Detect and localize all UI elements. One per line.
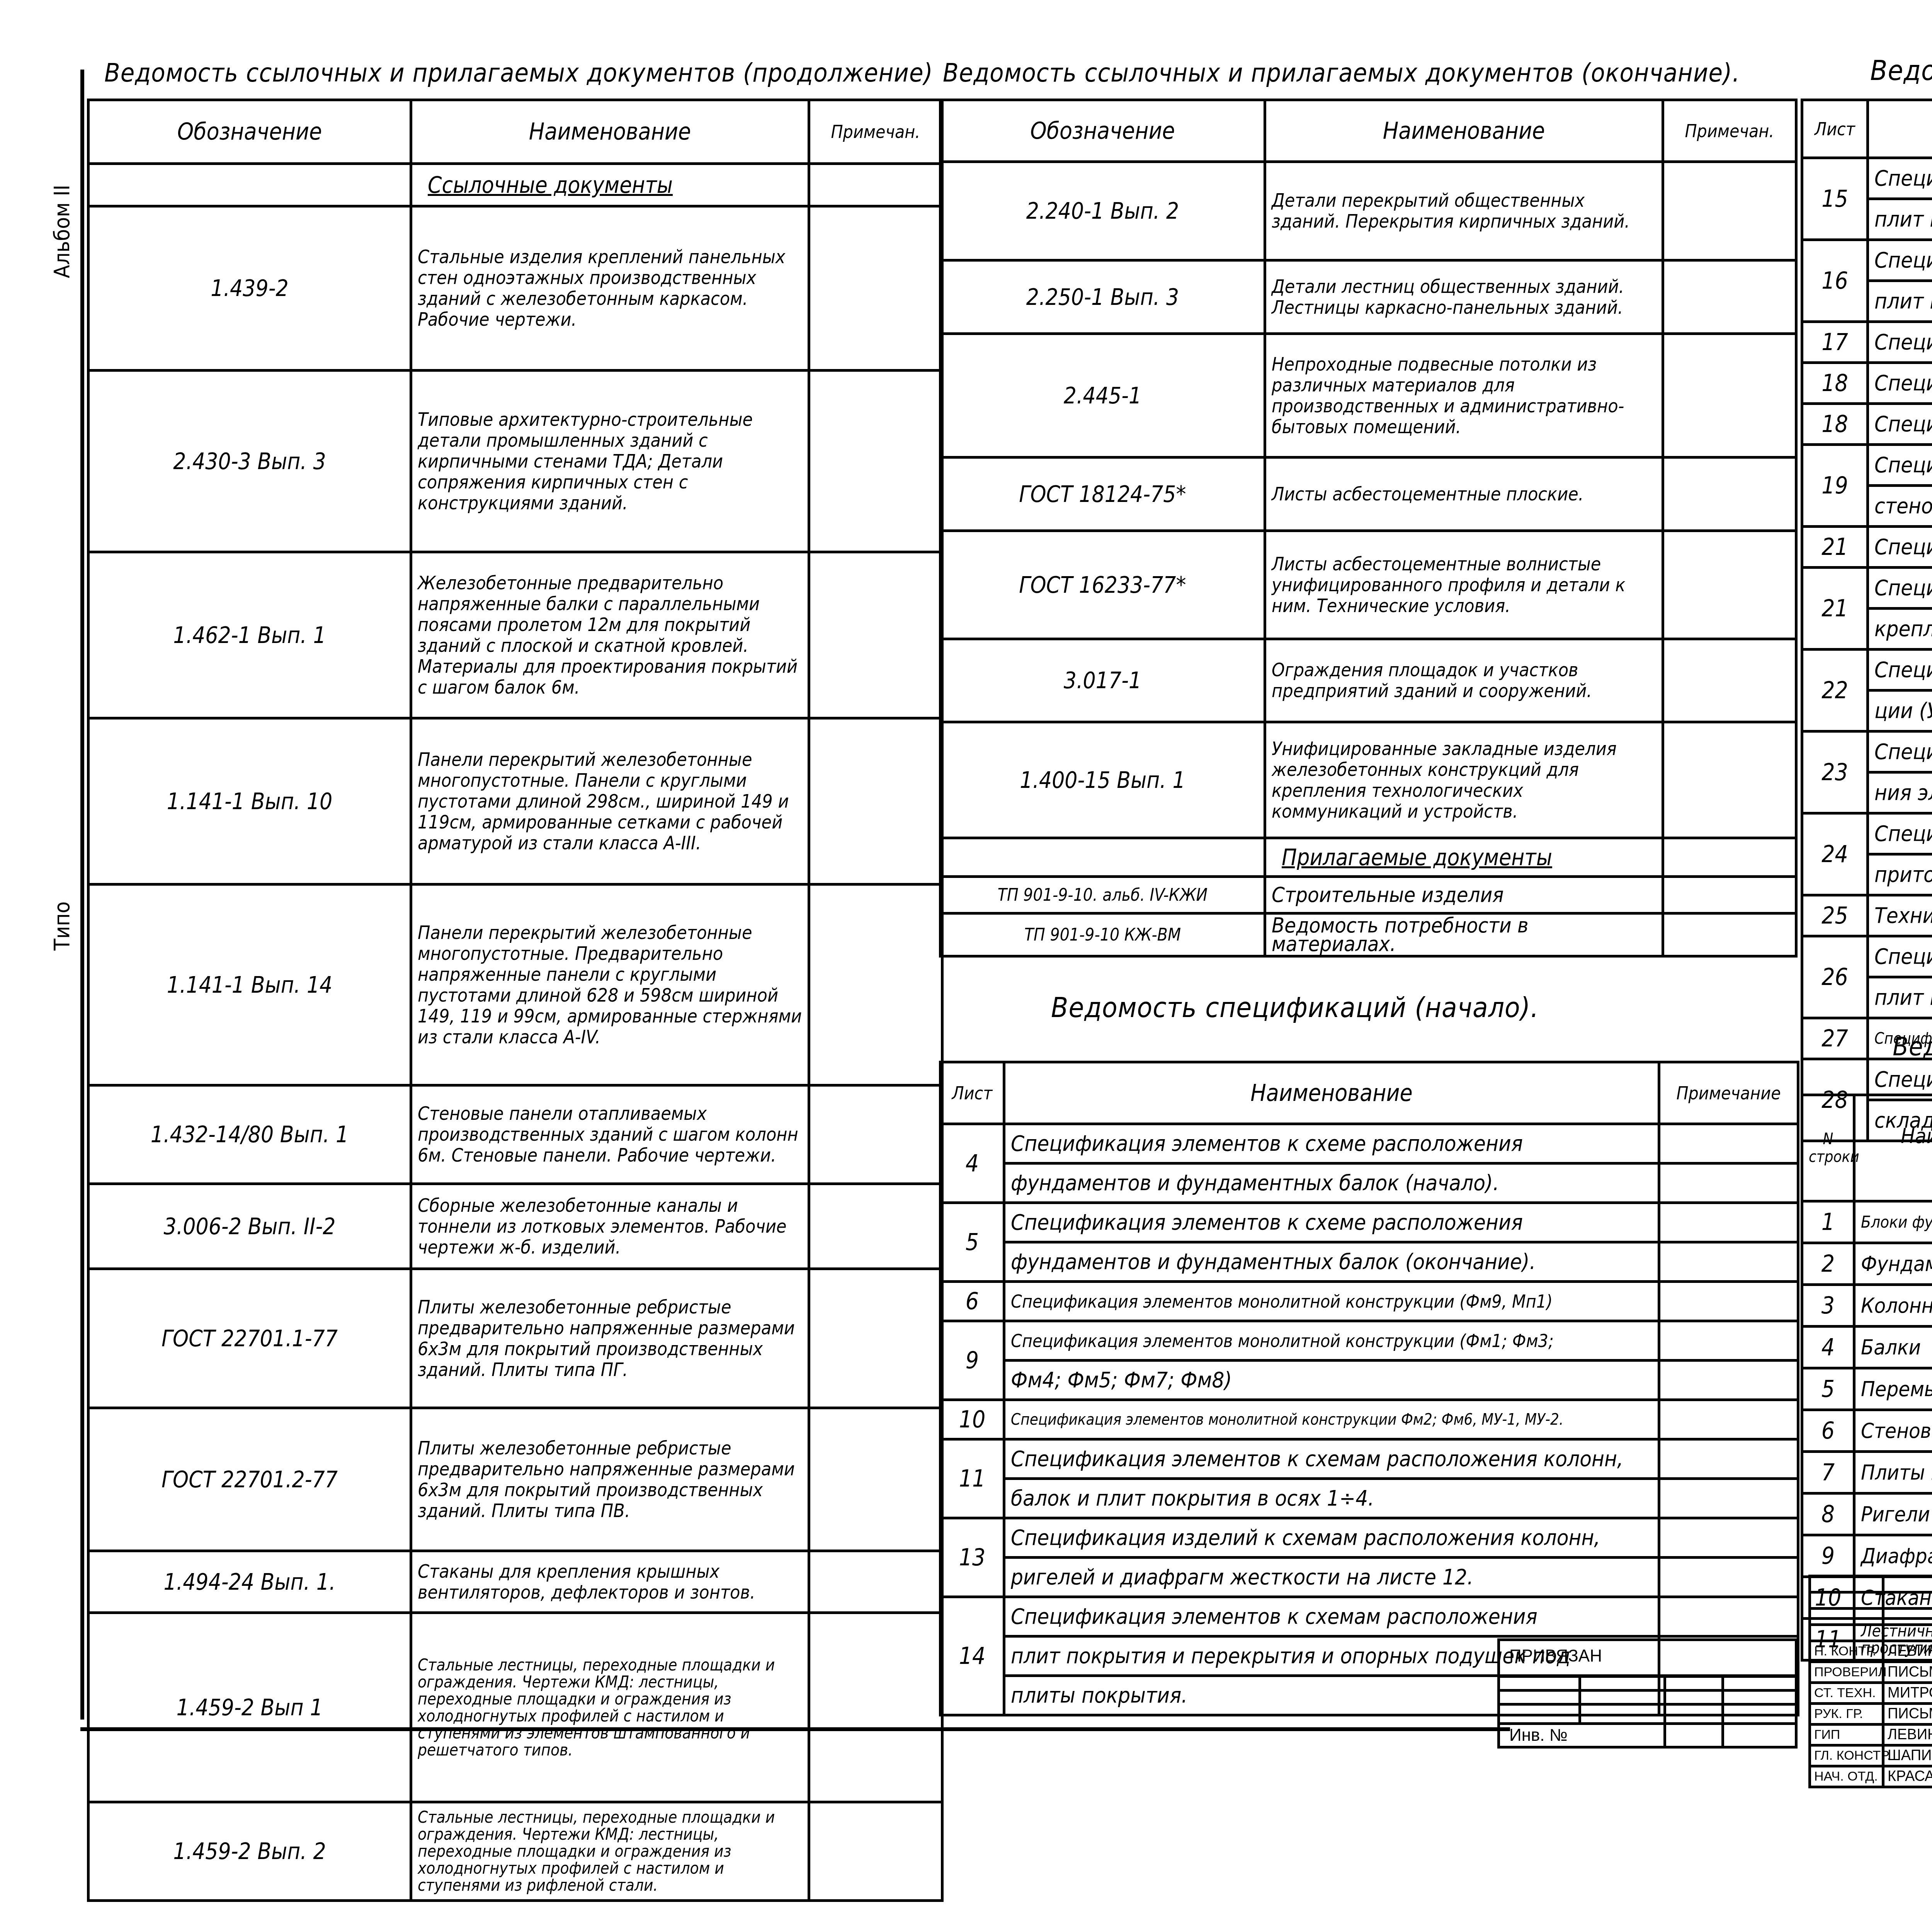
- sheet-cell: 5: [940, 1203, 1004, 1282]
- note-cell: [1663, 722, 1796, 838]
- signature-name: Красавин: [1883, 1766, 1932, 1787]
- table-row-continuation: фундаментов и фундаментных балок (оконча…: [940, 1242, 1798, 1282]
- sheet-cell: 18: [1802, 363, 1868, 404]
- group-name-cell: Диафрагмы жесткости: [1854, 1535, 1932, 1577]
- row-number-cell: 9: [1802, 1535, 1854, 1577]
- signature-role: Ст. техн.: [1810, 1683, 1883, 1704]
- sheet-cell: 16: [1802, 240, 1868, 322]
- name-cell: Железобетонные предварительно напряженны…: [411, 552, 809, 718]
- table-row: 15Спецификация изделий к схемам располож…: [1802, 158, 1932, 199]
- name-line: Фм4; Фм5; Фм7; Фм8): [1004, 1361, 1659, 1400]
- name-cell: Плиты железобетонные ребристые предварит…: [411, 1408, 809, 1551]
- signature-row: Ст. техн.Митрофанова~: [1810, 1683, 1932, 1704]
- designation-cell: [940, 838, 1265, 877]
- designation-cell: 3.006-2 Вып. II-2: [88, 1184, 411, 1269]
- volumes-title: Ведомость объемов сборных бетонных и жел…: [1843, 1034, 1932, 1086]
- table-row: 1.459-2 Вып 1Стальные лестницы, переходн…: [88, 1613, 942, 1802]
- name-line: Спецификация элементов к схемам располож…: [1004, 1439, 1659, 1479]
- group-name-cell: Балки: [1854, 1327, 1932, 1368]
- designation-cell: 1.400-15 Вып. 1: [940, 722, 1265, 838]
- name-cell: Стаканы для крепления крышных вентилятор…: [411, 1551, 809, 1613]
- name-line: Спецификация элементов к схемам располож…: [1004, 1597, 1659, 1636]
- note-cell: [1663, 458, 1796, 531]
- table-row: 10Спецификация элементов монолитной конс…: [940, 1400, 1798, 1439]
- table-row: 21Спецификация стальных элементов для: [1802, 568, 1932, 609]
- col-designation: Обозначение: [940, 100, 1265, 162]
- note-cell: [809, 1085, 942, 1184]
- group-name-cell: Перемычки: [1854, 1368, 1932, 1410]
- table-row: 1.432-14/80 Вып. 1Стеновые панели отапли…: [88, 1085, 942, 1184]
- designation-cell: ТП 901-9-10 КЖ-ВМ: [940, 913, 1265, 956]
- name-line: Спецификация изделий к схемам расположен…: [1004, 1518, 1659, 1558]
- row-number-cell: 1: [1802, 1201, 1854, 1243]
- name-cell: Плиты железобетонные ребристые предварит…: [411, 1269, 809, 1408]
- sheet-cell: 18: [1802, 404, 1868, 445]
- designation-cell: 1.459-2 Вып 1: [88, 1613, 411, 1802]
- table-row: 18Спецификация монтажных узлов.: [1802, 363, 1932, 404]
- table-row: 23Спецификация элементов к схемам распол…: [1802, 731, 1932, 772]
- table-row: 2.240-1 Вып. 2Детали перекрытий обществе…: [940, 162, 1796, 260]
- col-row-number: N строки: [1802, 1095, 1854, 1201]
- name-line: Спецификация элементов к схемам располож…: [1868, 731, 1932, 772]
- note-cell: [1659, 1242, 1798, 1282]
- sheet-cell: 25: [1802, 895, 1868, 936]
- note-cell: [809, 885, 942, 1085]
- col-designation: Обозначение: [88, 100, 411, 164]
- signature-role: Рук. гр.: [1810, 1704, 1883, 1725]
- table-row: 4Спецификация элементов к схеме располож…: [940, 1124, 1798, 1163]
- table-row: ГОСТ 18124-75*Листы асбестоцементные пло…: [940, 458, 1796, 531]
- name-cell: Листы асбестоцементные волнистые унифици…: [1265, 531, 1663, 639]
- table-row: 4Балки582200000016.94: [1802, 1327, 1932, 1368]
- col-name: Наименование: [411, 100, 809, 164]
- sheet-cell: 21: [1802, 568, 1868, 650]
- signature-row: Н. контр.Левина~: [1810, 1641, 1932, 1662]
- table-row: 1.439-2Стальные изделия креплений панель…: [88, 206, 942, 371]
- table-row: 6Спецификация элементов монолитной конст…: [940, 1282, 1798, 1321]
- name-line: Спецификация элементов к схеме расположе…: [1004, 1203, 1659, 1242]
- signature-role: Нач. отд.: [1810, 1766, 1883, 1787]
- signature-name: Шапиро: [1883, 1745, 1932, 1766]
- table-row: 7Плиты покрытия и перекрытия584100000058…: [1802, 1452, 1932, 1493]
- name-line: Спецификация к схемам расположения: [1868, 936, 1932, 977]
- note-cell: [1659, 1282, 1798, 1321]
- designation-cell: ГОСТ 16233-77*: [940, 531, 1265, 639]
- name-cell: Сборные железобетонные каналы и тоннели …: [411, 1184, 809, 1269]
- name-line: приточной вентками­ры.: [1868, 854, 1932, 895]
- col-group-name: Наименование группы. элементов конструкц…: [1854, 1095, 1932, 1201]
- note-cell: [1659, 1400, 1798, 1439]
- group-name-cell: Колонны: [1854, 1285, 1932, 1327]
- col-name: Наименование: [1868, 100, 1932, 158]
- name-line: Техническая спецификация стали: [1868, 895, 1932, 936]
- table-row: 19Спецификация к схемам расположения: [1802, 445, 1932, 486]
- name-line: Спецификация элементов к схеме расположе…: [1004, 1124, 1659, 1163]
- designation-cell: ГОСТ 18124-75*: [940, 458, 1265, 531]
- sheet-cell: 17: [1802, 322, 1868, 363]
- note-cell: [809, 1551, 942, 1613]
- name-line: Спецификация изделий к схемам расположен…: [1868, 158, 1932, 199]
- table-row: 5Спецификация элементов к схеме располож…: [940, 1203, 1798, 1242]
- designation-cell: ГОСТ 22701.2-77: [88, 1408, 411, 1551]
- spec-start-table: Лист Наименование Примечание 4Спецификац…: [939, 1061, 1799, 1716]
- table-row: 9Спецификация элементов монолитной конст…: [940, 1321, 1798, 1361]
- signature-name: Митрофанова: [1883, 1683, 1932, 1704]
- group-name-cell: Фундаменты: [1854, 1243, 1932, 1285]
- col-sheet: Лист: [1802, 100, 1868, 158]
- table-row: 8Ригели582500000045.11: [1802, 1493, 1932, 1535]
- signature-name: Левина: [1883, 1641, 1932, 1662]
- sheet-cell: 22: [1802, 650, 1868, 731]
- name-cell: Детали лестниц общественных зданий. Лест…: [1265, 260, 1663, 334]
- table-row: ГОСТ 22701.2-77Плиты железобетонные ребр…: [88, 1408, 942, 1551]
- name-cell: Панели перекрытий железобетонные многопу…: [411, 718, 809, 885]
- note-cell: [1659, 1321, 1798, 1361]
- table-row-continuation: фундаментов и фундаментных балок (начало…: [940, 1163, 1798, 1203]
- table-row: 14Спецификация элементов к схемам распол…: [940, 1597, 1798, 1636]
- table-row: ГОСТ 22701.1-77Плиты железобетонные ребр…: [88, 1269, 942, 1408]
- designation-cell: 1.494-24 Вып. 1.: [88, 1551, 411, 1613]
- designation-cell: 1.462-1 Вып. 1: [88, 552, 411, 718]
- row-number-cell: 3: [1802, 1285, 1854, 1327]
- name-cell: Стеновые панели отапливаемых производств…: [411, 1085, 809, 1184]
- designation-cell: ГОСТ 22701.1-77: [88, 1269, 411, 1408]
- type-label: Типо: [49, 902, 75, 951]
- designation-cell: ТП 901-9-10. альб. IV-КЖИ: [940, 877, 1265, 913]
- designation-cell: 1.141-1 Вып. 10: [88, 718, 411, 885]
- table-row: 2.430-3 Вып. 3Типовые архитектурно-строи…: [88, 371, 942, 552]
- sheet-cell: 4: [940, 1124, 1004, 1203]
- note-cell: [1659, 1203, 1798, 1242]
- signature-name: Левина.: [1883, 1725, 1932, 1745]
- name-cell: Ограждения площадок и участков предприят…: [1265, 639, 1663, 722]
- name-cell: Ведомость потребности в материалах.: [1265, 913, 1663, 956]
- sheet-cell: 13: [940, 1518, 1004, 1597]
- note-cell: [809, 1802, 942, 1901]
- table-row: ГОСТ 16233-77*Листы асбестоцементные вол…: [940, 531, 1796, 639]
- name-line: плит потолка.: [1868, 977, 1932, 1018]
- row-number-cell: 8: [1802, 1493, 1854, 1535]
- sheet-cell: 6: [940, 1282, 1004, 1321]
- table-row: 3.006-2 Вып. II-2Сборные железобетонные …: [88, 1184, 942, 1269]
- table-row: 18Спецификация монтажных деталей.: [1802, 404, 1932, 445]
- note-cell: [1663, 838, 1796, 877]
- sheet-cell: 15: [1802, 158, 1868, 240]
- row-number-cell: 7: [1802, 1452, 1854, 1493]
- table-row: 9Диафрагмы жесткости582700000032.04: [1802, 1535, 1932, 1577]
- note-cell: [1659, 1558, 1798, 1597]
- table-row: 1.141-1 Вып. 14Панели перекрытий железоб…: [88, 885, 942, 1085]
- table-row: 1.462-1 Вып. 1Железобетонные предварител…: [88, 552, 942, 718]
- signature-row: Рук. гр.Письман~: [1810, 1704, 1932, 1725]
- designation-cell: 2.430-3 Вып. 3: [88, 371, 411, 552]
- signature-role: Н. контр.: [1810, 1641, 1883, 1662]
- note-cell: [809, 1269, 942, 1408]
- col-name: Наименование: [1004, 1062, 1659, 1124]
- name-line: Спецификация монтажных узлов.: [1868, 363, 1932, 404]
- bound-block: Привязан Инв. №: [1497, 1638, 1798, 1749]
- note-cell: [809, 1408, 942, 1551]
- spec-start-title: Ведомость спецификаций (начало).: [1051, 991, 1539, 1024]
- designation-cell: 1.141-1 Вып. 14: [88, 885, 411, 1085]
- table-row: 26Спецификация к схемам расположения: [1802, 936, 1932, 977]
- designation-cell: 2.250-1 Вып. 3: [940, 260, 1265, 334]
- signature-row: ГИПЛевина.~: [1810, 1725, 1932, 1745]
- table-row: 2Фундаменты581200000068.94: [1802, 1243, 1932, 1285]
- name-cell: Детали перекрытий общественных зданий. П…: [1265, 162, 1663, 260]
- group-name-cell: Стеновые панели: [1854, 1410, 1932, 1452]
- table-row: 16Спецификация изделий к схемам располож…: [1802, 240, 1932, 281]
- group-name-cell: Ригели: [1854, 1493, 1932, 1535]
- sheet-cell: 26: [1802, 936, 1868, 1018]
- group-name-cell: Плиты покрытия и перекрытия: [1854, 1452, 1932, 1493]
- col-sheet: Лист: [940, 1062, 1004, 1124]
- sheet-cell: 21: [1802, 527, 1868, 568]
- table-row: 1Блоки фундаментов / плиты фундаментов58…: [1802, 1201, 1932, 1243]
- name-line: Спецификация элементов к схемам располож…: [1868, 322, 1932, 363]
- sheet-cell: 11: [940, 1439, 1004, 1518]
- name-line: Спецификация соединительных элементов.: [1868, 527, 1932, 568]
- name-line: Спецификация изделий к схемам расположен…: [1868, 240, 1932, 281]
- note-cell: [809, 718, 942, 885]
- sheet-cell: 23: [1802, 731, 1868, 813]
- table-row-continuation: Фм4; Фм5; Фм7; Фм8): [940, 1361, 1798, 1400]
- signature-row: Гл. констр.Шапиро~: [1810, 1745, 1932, 1766]
- name-cell: Стальные лестницы, переходные площадки и…: [411, 1802, 809, 1901]
- name-line: Спецификация стальных элементов для: [1868, 568, 1932, 609]
- sheet-cell: 14: [940, 1597, 1004, 1715]
- designation-cell: 1.439-2: [88, 206, 411, 371]
- name-line: Спецификация к схемам расположения: [1868, 445, 1932, 486]
- note-cell: [1663, 639, 1796, 722]
- name-line: ции (Ум1; Ум2; Ум3; Ум4; Ум5).: [1868, 691, 1932, 731]
- inventory-number-label: Инв. №: [1499, 1724, 1665, 1747]
- signature-role: ГИП: [1810, 1725, 1883, 1745]
- note-cell: [809, 1184, 942, 1269]
- table-row: 25Техническая спецификация стали: [1802, 895, 1932, 936]
- group-name-cell: Блоки фундаментов / плиты фундаментов: [1854, 1201, 1932, 1243]
- table-row: 1.494-24 Вып. 1.Стаканы для крепления кр…: [88, 1551, 942, 1613]
- note-cell: [809, 371, 942, 552]
- table-row: ТП 901-9-10 КЖ-ВМВедомость потребности в…: [940, 913, 1796, 956]
- ref-docs-end-table: Обозначение Наименование Примечан. 2.240…: [939, 99, 1798, 958]
- table-row: 21Спецификация соединительных элементов.: [1802, 527, 1932, 568]
- section-label-referenced: Ссылочные документы: [411, 164, 809, 206]
- note-cell: [1659, 1124, 1798, 1163]
- name-line: балок и плит покрытия в осях 1÷4.: [1004, 1479, 1659, 1518]
- note-cell: [1659, 1163, 1798, 1203]
- table-row: 5Перемычки58280000001.69: [1802, 1368, 1932, 1410]
- row-number-cell: 4: [1802, 1327, 1854, 1368]
- name-cell: Непроходные подвесные потолки из различн…: [1265, 334, 1663, 458]
- section-row: Прилагаемые документы: [940, 838, 1796, 877]
- signature-name: Письман: [1883, 1704, 1932, 1725]
- name-line: фундаментов и фундаментных балок (начало…: [1004, 1163, 1659, 1203]
- sheet-cell: 9: [940, 1321, 1004, 1400]
- signature-name: Письман: [1883, 1662, 1932, 1683]
- signature-role: Гл. констр.: [1810, 1745, 1883, 1766]
- note-cell: [1663, 334, 1796, 458]
- note-cell: [1663, 531, 1796, 639]
- row-number-cell: 2: [1802, 1243, 1854, 1285]
- designation-cell: 2.240-1 Вып. 2: [940, 162, 1265, 260]
- note-cell: [809, 206, 942, 371]
- table-row: 3Колонны582100000037.58: [1802, 1285, 1932, 1327]
- frame-left-line: [80, 70, 84, 1720]
- name-line: Спецификация элементов монолитной констр…: [1868, 650, 1932, 691]
- table-row: 1.141-1 Вып. 10Панели перекрытий железоб…: [88, 718, 942, 885]
- ref-docs-end-title: Ведомость ссылочных и прилагаемых докуме…: [943, 58, 1740, 88]
- designation-cell: 1.459-2 Вып. 2: [88, 1802, 411, 1901]
- bound-label: Привязан: [1499, 1640, 1796, 1677]
- name-line: стеновых панелей.: [1868, 486, 1932, 527]
- ref-docs-cont-table: Обозначение Наименование Примечан. Ссыло…: [87, 99, 944, 1902]
- name-cell: Типовые архитектурно-строительные детали…: [411, 371, 809, 552]
- designation-cell: 3.017-1: [940, 639, 1265, 722]
- note-cell: [1663, 162, 1796, 260]
- signature-row: Нач. отд.Красавин~: [1810, 1766, 1932, 1787]
- name-line: Спецификация монтажных деталей.: [1868, 404, 1932, 445]
- row-number-cell: 6: [1802, 1410, 1854, 1452]
- ref-docs-cont-title: Ведомость ссылочных и прилагаемых докуме…: [104, 58, 933, 88]
- spec-end-table: Лист Наименование Примечание 15Специфика…: [1801, 99, 1932, 1142]
- spec-end-title: Ведомость спецификаций (окончание).: [1870, 54, 1932, 87]
- table-row: 13Спецификация изделий к схемам располож…: [940, 1518, 1798, 1558]
- note-cell: [1663, 260, 1796, 334]
- table-row: 2.445-1Непроходные подвесные потолки из …: [940, 334, 1796, 458]
- album-label: Альбом II: [49, 185, 75, 278]
- table-row-continuation: ригелей и диафрагм жесткости на листе 12…: [940, 1558, 1798, 1597]
- table-row: 2.250-1 Вып. 3Детали лестниц общественны…: [940, 260, 1796, 334]
- note-cell: [809, 1613, 942, 1802]
- sheet-cell: 19: [1802, 445, 1868, 527]
- sheet-cell: 10: [940, 1400, 1004, 1439]
- note-cell: [1659, 1479, 1798, 1518]
- name-line: плит перекрытия и покрытия (начало).: [1868, 199, 1932, 240]
- name-line: фундаментов и фундаментных балок (оконча…: [1004, 1242, 1659, 1282]
- designation-cell: 2.445-1: [940, 334, 1265, 458]
- table-row: 6Стеновые панели5831000000259.61: [1802, 1410, 1932, 1452]
- table-row: 3.017-1Ограждения площадок и участков пр…: [940, 639, 1796, 722]
- table-row: 17Спецификация элементов к схемам распол…: [1802, 322, 1932, 363]
- name-cell: Унифицированные закладные изделия железо…: [1265, 722, 1663, 838]
- table-row: 11Спецификация элементов к схемам распол…: [940, 1439, 1798, 1479]
- name-line: ригелей и диафрагм жесткости на листе 12…: [1004, 1558, 1659, 1597]
- note-cell: [1659, 1518, 1798, 1558]
- name-line: Спецификация элементов монолитной констр…: [1004, 1321, 1659, 1361]
- sheet-cell: 24: [1802, 813, 1868, 895]
- note-cell: [1659, 1597, 1798, 1636]
- name-cell: Строительные изделия: [1265, 877, 1663, 913]
- name-line: Спецификация элементов монолитной констр…: [1004, 1400, 1659, 1439]
- note-cell: [1659, 1439, 1798, 1479]
- designation-cell: 1.432-14/80 Вып. 1: [88, 1085, 411, 1184]
- name-line: плит покрытия и перекрытия (окончание).: [1868, 281, 1932, 322]
- section-label-attached: Прилагаемые документы: [1265, 838, 1663, 877]
- table-row: 1.459-2 Вып. 2Стальные лестницы, переход…: [88, 1802, 942, 1901]
- table-row-continuation: балок и плит покрытия в осях 1÷4.: [940, 1479, 1798, 1518]
- note-cell: [809, 552, 942, 718]
- name-line: крепления панелей.: [1868, 609, 1932, 650]
- row-number-cell: 5: [1802, 1368, 1854, 1410]
- col-note: Примечан.: [1663, 100, 1796, 162]
- note-cell: [1659, 1361, 1798, 1400]
- col-name: Наименование: [1265, 100, 1663, 162]
- signature-table: Н. контр.Левина~ПроверилПисьман~Ст. техн…: [1808, 1575, 1932, 1788]
- name-cell: Листы асбестоцементные плоские.: [1265, 458, 1663, 531]
- note-cell: [1663, 877, 1796, 913]
- table-row: 22Спецификация элементов монолитной конс…: [1802, 650, 1932, 691]
- col-note: Примечан.: [809, 100, 942, 164]
- name-line: Спецификация к схеме расположения: [1868, 813, 1932, 854]
- name-cell: Стальные изделия креплений панельных сте…: [411, 206, 809, 371]
- note-cell: [1663, 913, 1796, 956]
- signature-row: ПроверилПисьман~: [1810, 1662, 1932, 1683]
- table-row: 1.400-15 Вып. 1Унифицированные закладные…: [940, 722, 1796, 838]
- name-line: ния элементов лестниц в осях 8-7/1 и 11/…: [1868, 772, 1932, 813]
- table-row: 24Спецификация к схеме расположения: [1802, 813, 1932, 854]
- name-line: Спецификация элементов монолитной констр…: [1004, 1282, 1659, 1321]
- table-row: ТП 901-9-10. альб. IV-КЖИСтроительные из…: [940, 877, 1796, 913]
- name-cell: Панели перекрытий железобетонные многопу…: [411, 885, 809, 1085]
- signature-role: Проверил: [1810, 1662, 1883, 1683]
- name-cell: Стальные лестницы, переходные площадки и…: [411, 1613, 809, 1802]
- col-note: Примечание: [1659, 1062, 1798, 1124]
